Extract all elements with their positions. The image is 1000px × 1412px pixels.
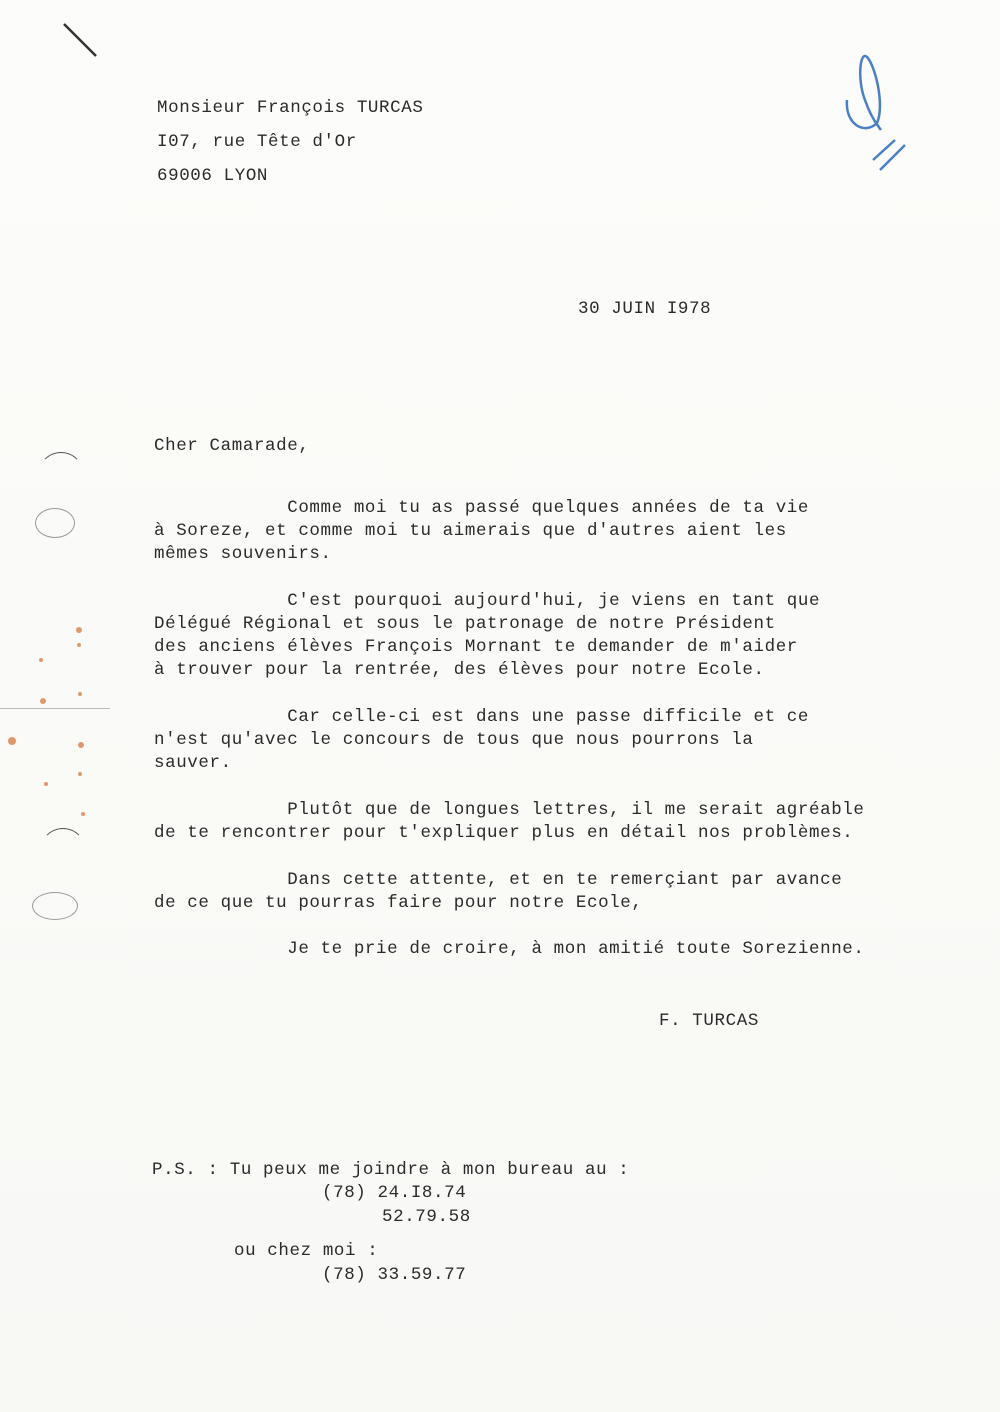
rust-spot (44, 782, 48, 786)
postscript-line: P.S. : Tu peux me joindre à mon bureau a… (152, 1159, 629, 1181)
handwritten-annotation-icon (835, 45, 915, 175)
body-line: n'est qu'avec le concours de tous que no… (154, 729, 754, 751)
body-line: des anciens élèves François Mornant te d… (154, 636, 798, 658)
body-line: de te rencontrer pour t'expliquer plus e… (154, 822, 853, 844)
body-line: à trouver pour la rentrée, des élèves po… (154, 659, 765, 681)
punch-hole (38, 452, 84, 498)
body-line: de ce que tu pourras faire pour notre Ec… (154, 892, 642, 914)
rust-spot (81, 812, 85, 816)
rust-spot (77, 643, 81, 647)
recipient-name: Monsieur François TURCAS (157, 97, 423, 119)
rust-spot (8, 737, 16, 745)
punch-hole (35, 508, 75, 538)
body-line: C'est pourquoi aujourd'hui, je viens en … (154, 590, 820, 612)
signature: F. TURCAS (659, 1010, 759, 1032)
rust-spot (39, 658, 43, 662)
body-line: mêmes souvenirs. (154, 543, 332, 565)
home-label: ou chez moi : (234, 1240, 378, 1262)
rust-spot (78, 742, 84, 748)
body-line: Délégué Régional et sous le patronage de… (154, 613, 776, 635)
recipient-street: I07, rue Tête d'Or (157, 131, 357, 153)
punch-hole (32, 892, 78, 920)
office-phone-2: 52.79.58 (382, 1206, 471, 1228)
body-line: Je te prie de croire, à mon amitié toute… (154, 938, 865, 960)
letter-page: Monsieur François TURCAS I07, rue Tête d… (0, 0, 1000, 1412)
fold-line (0, 708, 110, 709)
body-line: Plutôt que de longues lettres, il me ser… (154, 799, 865, 821)
rust-spot (76, 627, 82, 633)
recipient-city: 69006 LYON (157, 165, 268, 187)
letter-date: 30 JUIN I978 (578, 298, 711, 320)
body-line: à Soreze, et comme moi tu aimerais que d… (154, 520, 787, 542)
body-line: Dans cette attente, et en te remerçiant … (154, 869, 842, 891)
rust-spot (40, 698, 46, 704)
rust-spot (78, 692, 82, 696)
body-line: Comme moi tu as passé quelques années de… (154, 497, 809, 519)
home-phone: (78) 33.59.77 (322, 1264, 466, 1286)
salutation: Cher Camarade, (154, 435, 309, 457)
pencil-mark-icon (60, 20, 110, 65)
office-phone-1: (78) 24.I8.74 (322, 1182, 466, 1204)
body-line: sauver. (154, 752, 232, 774)
body-line: Car celle-ci est dans une passe difficil… (154, 706, 809, 728)
rust-spot (78, 772, 82, 776)
punch-hole (40, 828, 86, 874)
